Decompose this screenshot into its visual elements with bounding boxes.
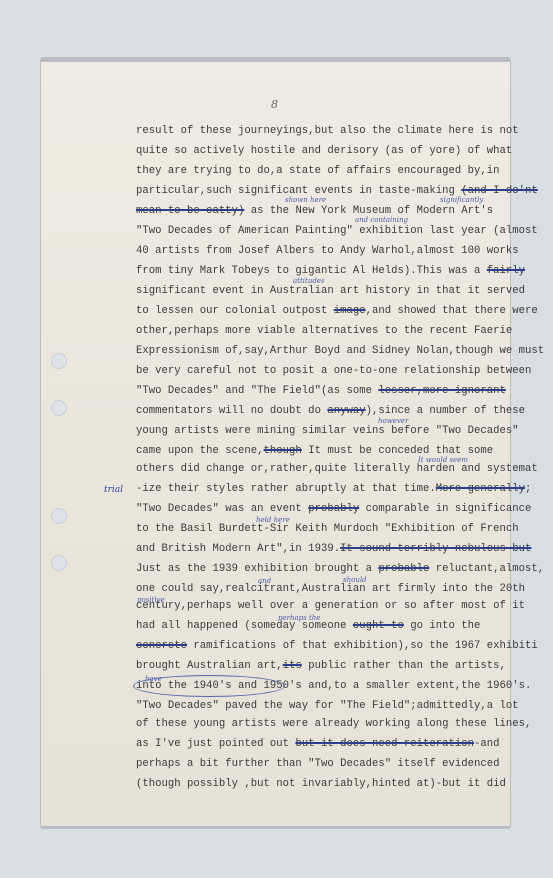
- page-number: 8: [271, 98, 278, 111]
- text-line: "Two Decades" paved the way for "The Fie…: [136, 699, 519, 713]
- struck-text: mean to be catty): [136, 205, 244, 217]
- handwritten-insertion: however: [378, 417, 408, 425]
- handwritten-insertion: and containing: [355, 216, 408, 224]
- text-line: "Two Decades" was an event probably comp…: [136, 502, 531, 516]
- text-line: 40 artists from Josef Albers to Andy War…: [136, 244, 519, 258]
- handwritten-insertion: perhaps the: [278, 614, 320, 622]
- struck-text: More generally: [436, 483, 525, 495]
- handwritten-insertion: held here: [256, 516, 290, 524]
- text-line: perhaps a bit further than "Two Decades"…: [136, 757, 500, 771]
- text-line: significant event in Australian art hist…: [136, 284, 525, 298]
- text-line: others did change or,rather,quite litera…: [136, 462, 538, 476]
- text-line: commentators will no doubt do anyway),si…: [136, 404, 525, 418]
- text-line: brought Australian art,its public rather…: [136, 659, 506, 673]
- struck-text: It sound terribly nebulous but: [340, 543, 531, 555]
- handwritten-insertion: should: [343, 576, 367, 584]
- struck-text: lesser,more ignorant: [378, 385, 506, 397]
- handwritten-insertion: positive: [137, 596, 165, 604]
- text-line: concrete ramifications of that exhibitio…: [136, 639, 538, 653]
- handwritten-insertion: It would seem: [418, 456, 468, 464]
- handwritten-insertion: shown here: [285, 196, 326, 204]
- text-line: young artists were mining similar veins …: [136, 424, 519, 438]
- struck-text: probable: [378, 563, 429, 575]
- text-line: of these young artists were already work…: [136, 717, 531, 731]
- text-line: they are trying to do,a state of affairs…: [136, 164, 500, 178]
- text-line: one could say,realcitrant,Australian art…: [136, 582, 525, 596]
- margin-note: trial: [104, 485, 123, 495]
- struck-text: probably: [308, 503, 359, 515]
- text-line: "Two Decades of American Painting" exhib…: [136, 224, 538, 238]
- punch-hole: [51, 508, 67, 524]
- text-line: mean to be catty) as the New York Museum…: [136, 204, 493, 218]
- handwritten-insertion: significantly: [440, 196, 483, 204]
- text-line: be very careful not to posit a one-to-on…: [136, 364, 531, 378]
- punch-hole: [51, 353, 67, 369]
- text-line: result of these journeyings,but also the…: [136, 124, 519, 138]
- text-line: Just as the 1939 exhibition brought a pr…: [136, 562, 544, 576]
- struck-text: though: [264, 445, 302, 457]
- text-line: from tiny Mark Tobeys to gigantic Al Hel…: [136, 264, 525, 278]
- text-line: to lessen our colonial outpost image,and…: [136, 304, 538, 318]
- text-line: Expressionism of,say,Arthur Boyd and Sid…: [136, 344, 544, 358]
- text-line: as I've just pointed out but it does nee…: [136, 737, 500, 751]
- handwritten-insertion: attitudes: [293, 277, 325, 285]
- text-line: quite so actively hostile and derisory (…: [136, 144, 512, 158]
- text-line: -ize their styles rather abruptly at tha…: [136, 482, 531, 496]
- punch-hole: [51, 400, 67, 416]
- struck-text: fairly: [487, 265, 525, 277]
- handwritten-insertion: and: [258, 577, 271, 585]
- handwritten-insertion: have: [145, 675, 162, 683]
- struck-text: its: [283, 660, 302, 672]
- text-line: to the Basil Burdett-Sir Keith Murdoch "…: [136, 522, 519, 536]
- struck-text: ought to: [353, 620, 404, 632]
- struck-text: image: [334, 305, 366, 317]
- text-line: century,perhaps well over a generation o…: [136, 599, 525, 613]
- text-line: and British Modern Art",in 1939.It sound…: [136, 542, 531, 556]
- struck-text: concrete: [136, 640, 187, 652]
- struck-text: anyway: [327, 405, 365, 417]
- struck-text: but it does need reiteration: [295, 738, 474, 750]
- text-line: "Two Decades" and "The Field"(as some le…: [136, 384, 506, 398]
- text-line: other,perhaps more viable alternatives t…: [136, 324, 512, 338]
- punch-hole: [51, 555, 67, 571]
- text-line: (though possibly ,but not invariably,hin…: [136, 777, 506, 791]
